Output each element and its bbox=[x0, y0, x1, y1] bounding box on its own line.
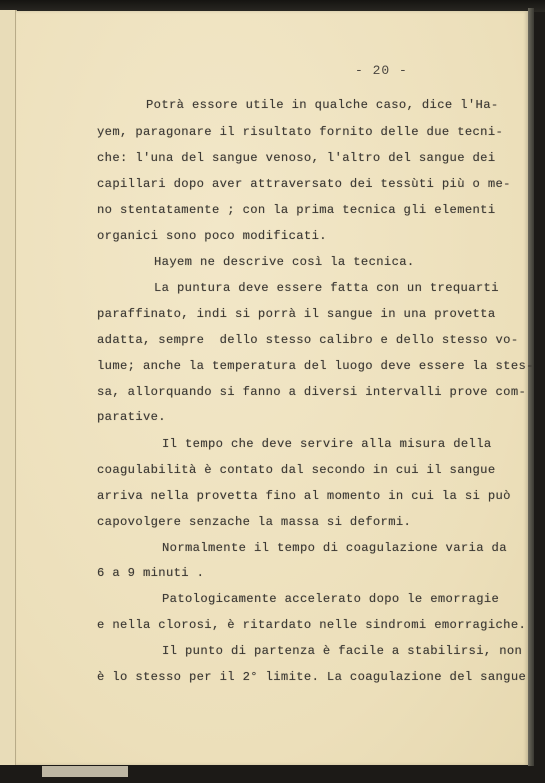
text-line: è lo stesso per il 2° limite. La coagula… bbox=[97, 670, 526, 684]
page-tab-label bbox=[42, 766, 128, 777]
text-line: parative. bbox=[97, 410, 166, 424]
adjacent-page-edge bbox=[0, 10, 17, 765]
text-line: sa, allorquando si fanno a diversi inter… bbox=[97, 385, 526, 399]
text-line: lume; anche la temperatura del luogo dev… bbox=[97, 359, 534, 373]
text-line: Potrà essore utile in qualche caso, dice… bbox=[146, 98, 499, 112]
text-line: 6 a 9 minuti . bbox=[97, 566, 204, 580]
text-line: adatta, sempre dello stesso calibro e de… bbox=[97, 333, 519, 347]
text-line: Il tempo che deve servire alla misura de… bbox=[162, 437, 492, 451]
page-number: - 20 - bbox=[355, 63, 408, 78]
text-line: arriva nella provetta fino al momento in… bbox=[97, 489, 511, 503]
text-line: che: l'una del sangue venoso, l'altro de… bbox=[97, 151, 496, 165]
text-line: Normalmente il tempo di coagulazione var… bbox=[162, 541, 507, 555]
text-line: La puntura deve essere fatta con un treq… bbox=[154, 281, 499, 295]
text-line: Patologicamente accelerato dopo le emorr… bbox=[162, 592, 499, 606]
text-line: yem, paragonare il risultato fornito del… bbox=[97, 125, 503, 139]
text-line: paraffinato, indi si porrà il sangue in … bbox=[97, 307, 496, 321]
text-line: no stentatamente ; con la prima tecnica … bbox=[97, 203, 496, 217]
text-line: Il punto di partenza è facile a stabilir… bbox=[162, 644, 522, 658]
text-line: Hayem ne descrive così la tecnica. bbox=[154, 255, 415, 269]
text-line: e nella clorosi, è ritardato nelle sindr… bbox=[97, 618, 526, 632]
text-line: capovolgere senzache la massa si deformi… bbox=[97, 515, 411, 529]
page-binding-edge bbox=[528, 8, 534, 766]
text-line: coagulabilità è contato dal secondo in c… bbox=[97, 463, 496, 477]
text-line: capillari dopo aver attraversato dei tes… bbox=[97, 177, 511, 191]
text-line: organici sono poco modificati. bbox=[97, 229, 327, 243]
